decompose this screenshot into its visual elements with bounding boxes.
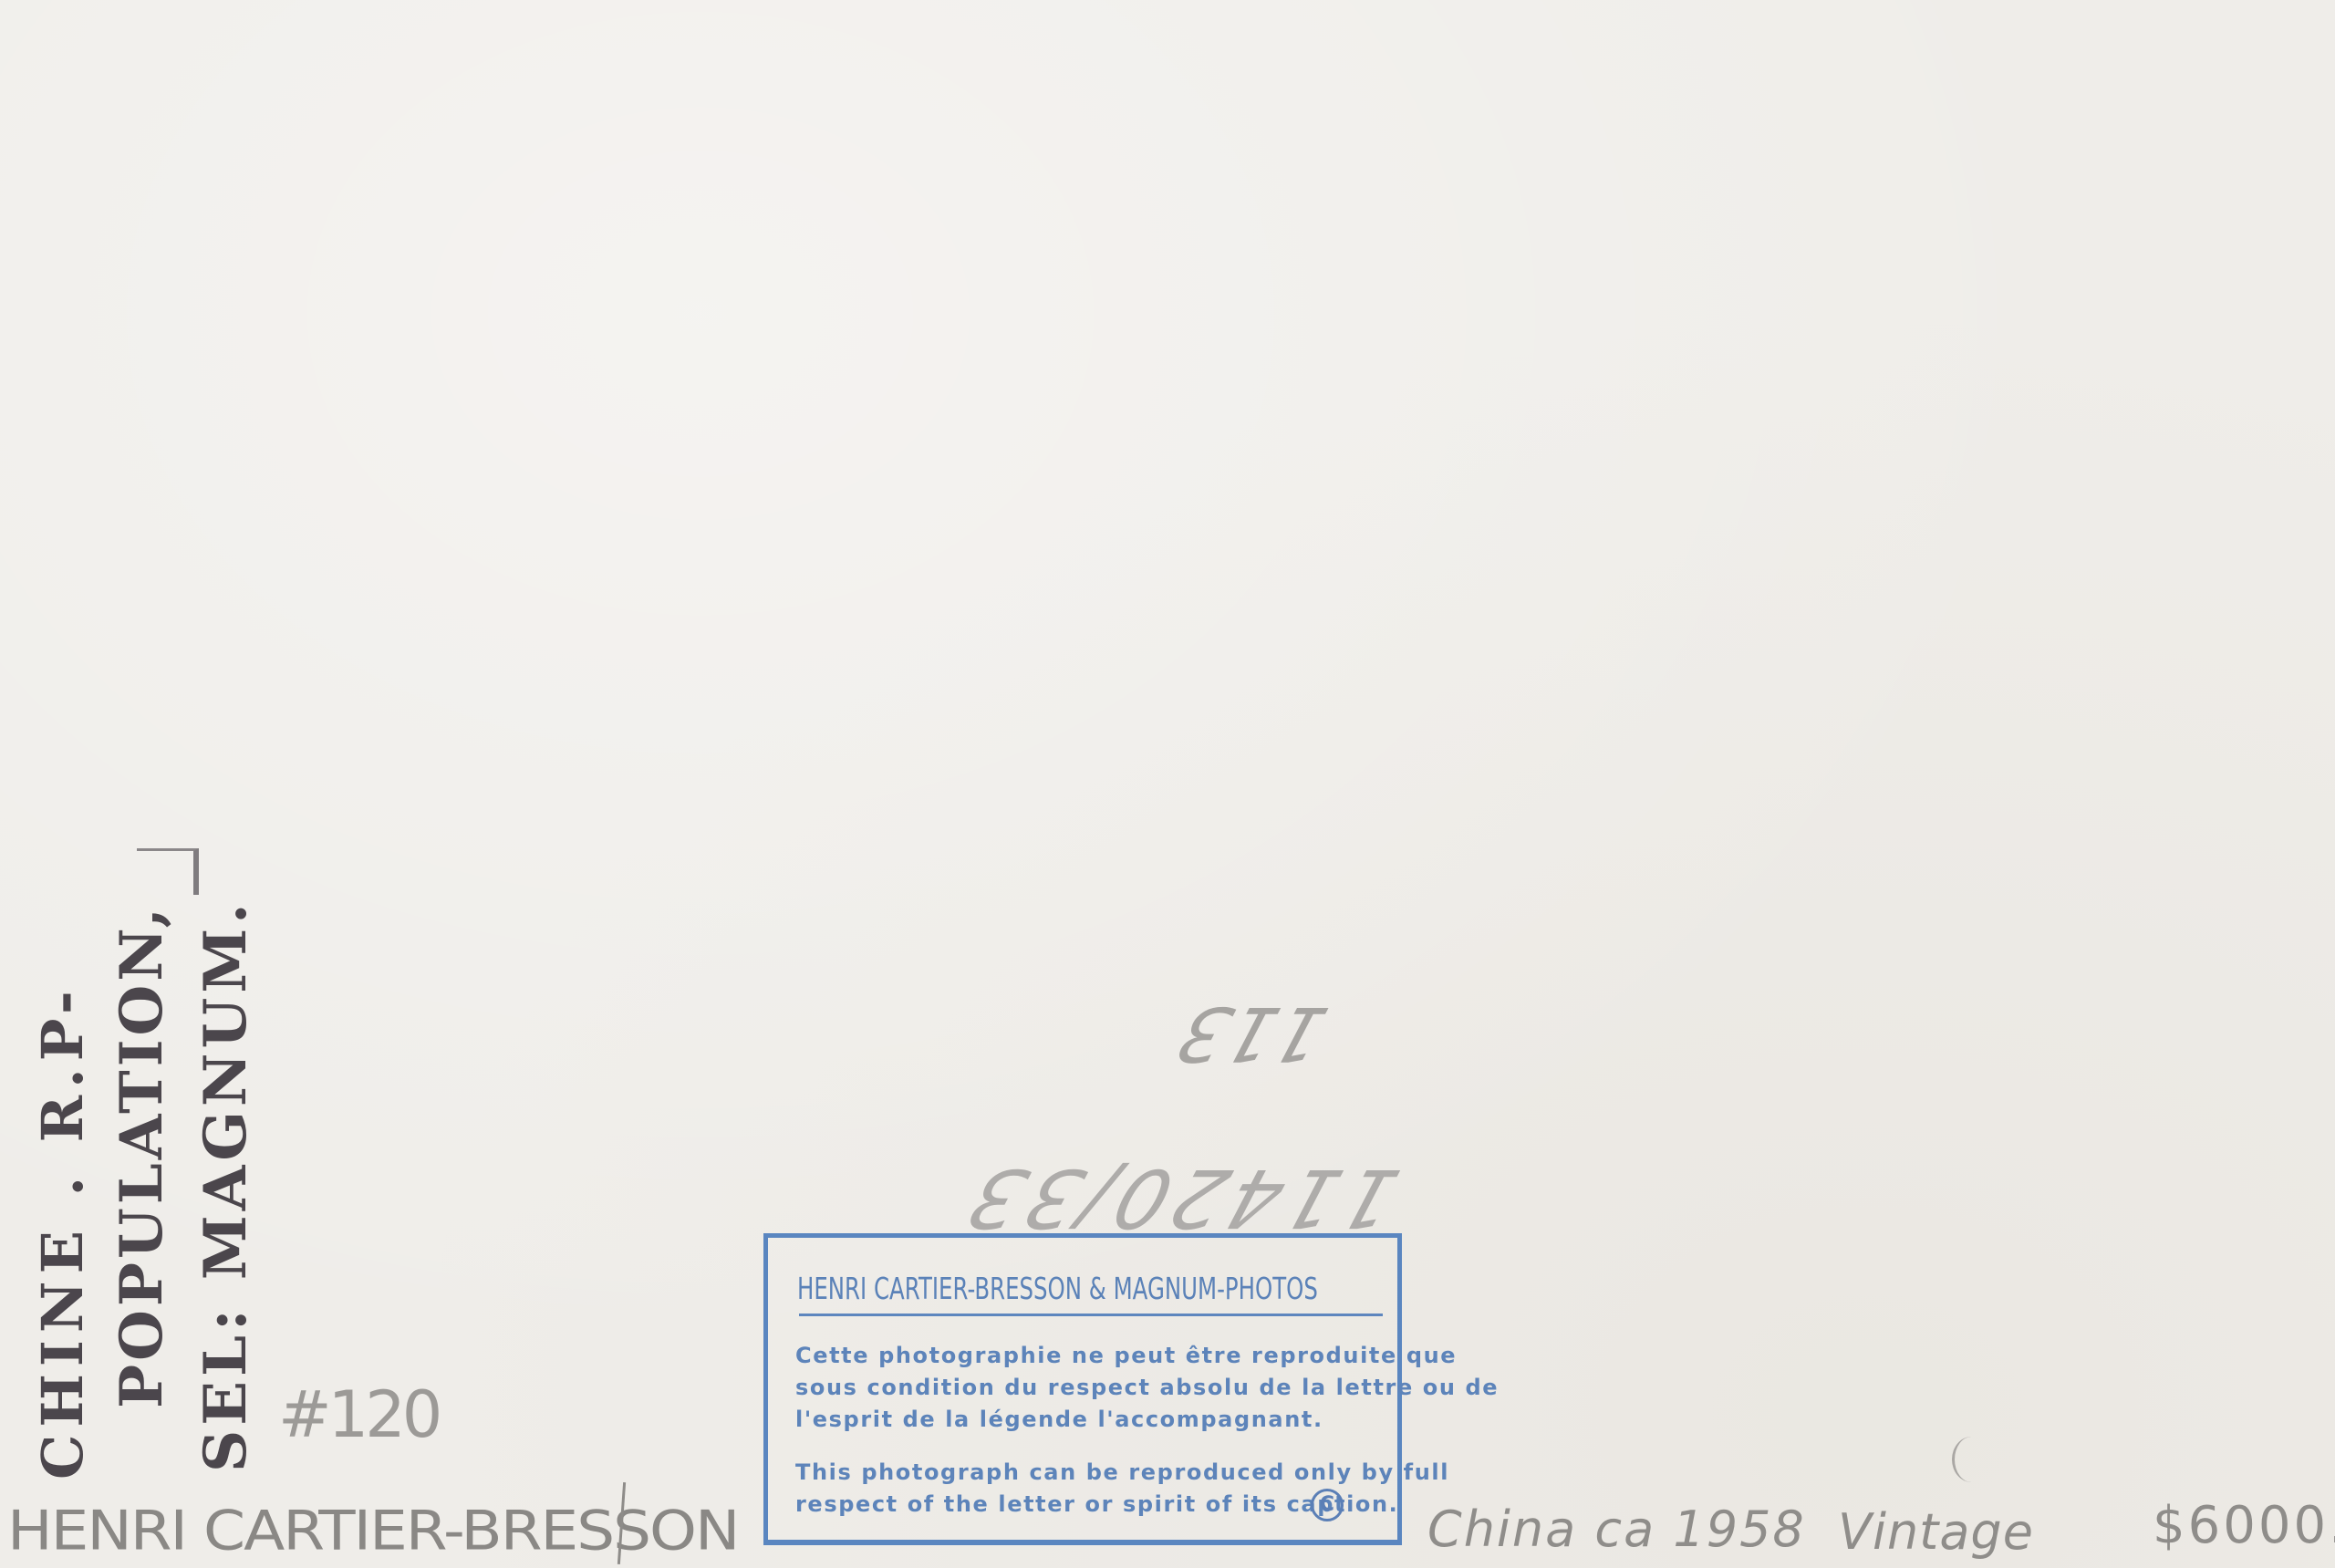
caption-line-agency: SEL: MAGNUM. (197, 899, 255, 1473)
price-note: $6000.00 (2153, 1496, 2335, 1555)
inventory-number: 113 (1167, 990, 1338, 1076)
stamp-english-line: respect of the letter or spirit of its c… (795, 1489, 1388, 1521)
photo-verso: CHINE . R.P- POPULATION, SEL: MAGNUM. #1… (0, 0, 2335, 1568)
stamp-french-line: Cette photographie ne peut être reprodui… (795, 1340, 1388, 1372)
place-date-note: China ca 1958 (1427, 1501, 1806, 1558)
caption-line-country: CHINE . R.P- (35, 983, 91, 1480)
pencil-curl-mark (1952, 1437, 1991, 1482)
stamp-underline (799, 1314, 1383, 1316)
stamp-french-line: sous condition du respect absolu de la l… (795, 1372, 1388, 1404)
copyright-stamp: HENRI CARTIER-BRESSON & MAGNUM-PHOTOS Ce… (763, 1233, 1402, 1545)
caption-line-subject: POPULATION, (113, 904, 171, 1408)
stamp-french-text: Cette photographie ne peut être reprodui… (795, 1340, 1388, 1436)
corner-bracket-mark (137, 848, 199, 895)
stamp-english-line: This photograph can be reproduced only b… (795, 1457, 1388, 1489)
photographer-signature: HENRI CARTIER-BRESSON (7, 1500, 738, 1563)
copyright-circle-icon: C (1311, 1489, 1344, 1521)
lot-number: #120 (278, 1377, 439, 1452)
stamp-header: HENRI CARTIER-BRESSON & MAGNUM-PHOTOS (797, 1271, 1227, 1306)
negative-number: 11420/33 (951, 1151, 1410, 1245)
stamp-english-text: This photograph can be reproduced only b… (795, 1457, 1388, 1521)
condition-note: Vintage (1838, 1503, 2034, 1561)
stamp-french-line: l'esprit de la légende l'accompagnant. (795, 1404, 1388, 1436)
